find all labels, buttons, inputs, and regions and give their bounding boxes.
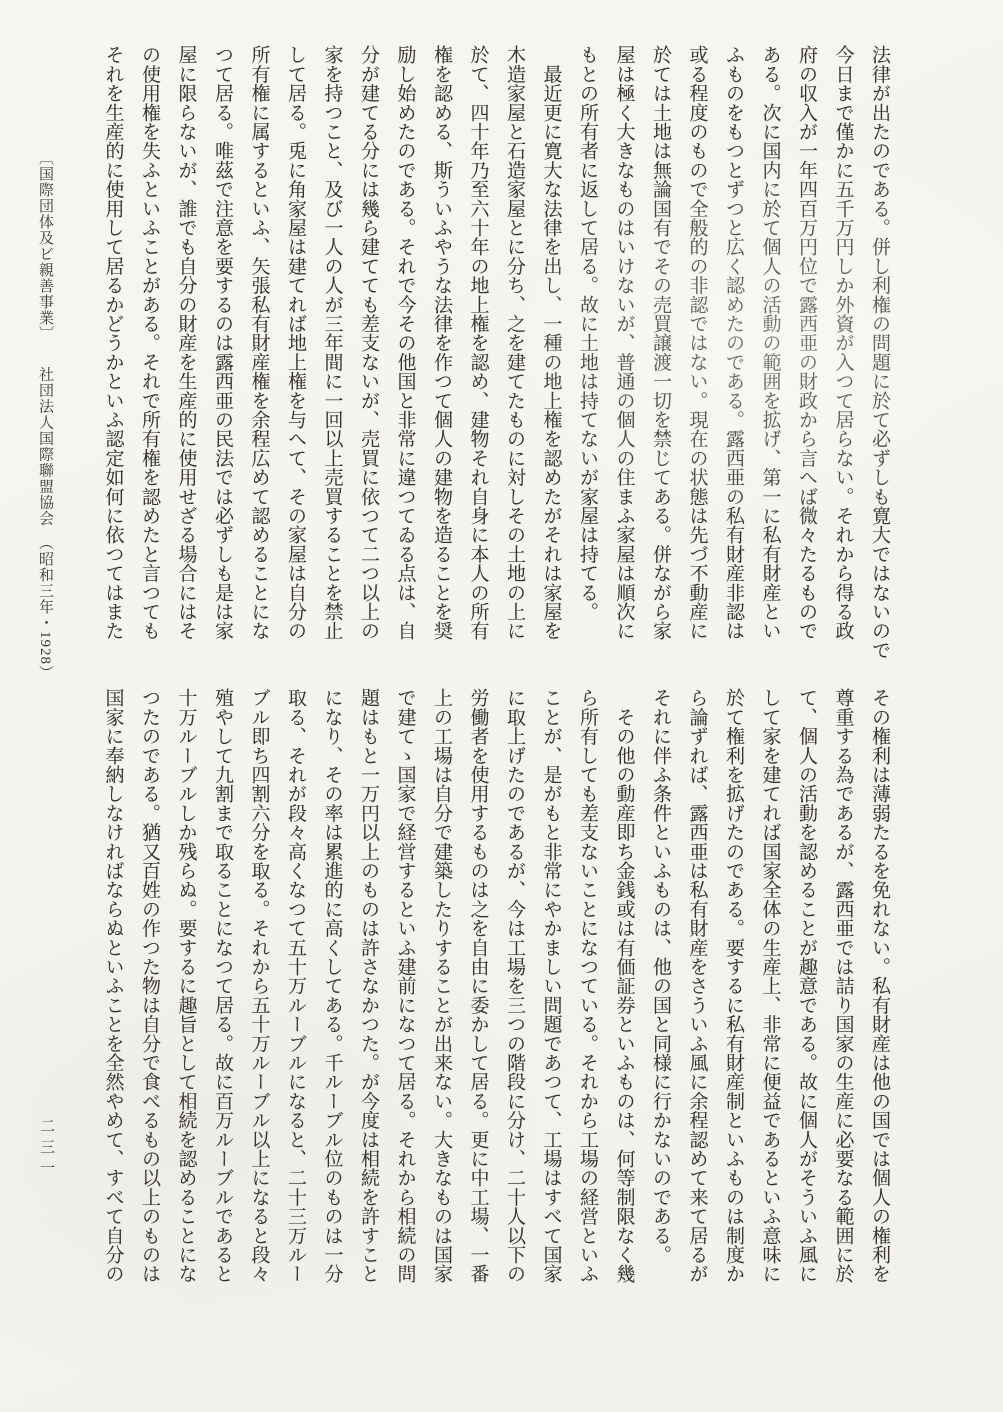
text-column: に取上げたのであるが、今は工場を三つの階段に分け、二十人以下の — [496, 688, 533, 1328]
text-column: 分が建てる分には幾ら建てても差支ないが、売買に依つて二つ以上の — [350, 45, 387, 685]
text-column: 法律が出たのである。併し利権の問題に於て必ずしも寛大ではないので — [861, 45, 898, 685]
text-column: で建てゝ国家で経営するといふ建前になつて居る。それから相続の問 — [386, 688, 423, 1328]
text-column: して家を建てれば国家全体の生産上、非常に便益であるといふ意味に — [751, 688, 788, 1328]
text-column: 上の工場は自分で建築したりすることが出来ない。大きなものは国家 — [423, 688, 460, 1328]
text-column: ある。次に国内に於て個人の活動の範囲を拡げ、第一に私有財産とい — [751, 45, 788, 685]
text-column: それに伴ふ条件といふものは、他の国と同様に行かないのである。 — [642, 688, 679, 1328]
text-column: 励し始めたのである。それで今その他国と非常に違つてゐる点は、自 — [386, 45, 423, 685]
text-column: もとの所有者に返して居る。故に土地は持てないが家屋は持てる。 — [569, 45, 606, 685]
running-header: 〔国際団体及ビ親善事業〕 社団法人国際聯盟協会 （昭和三年・1928） — [30, 150, 60, 681]
text-column: の使用権を失ふといふことがある。それで所有権を認めたと言つても — [131, 45, 168, 685]
document-page: 法律が出たのである。併し利権の問題に於て必ずしも寛大ではないので今日まで僅かに五… — [0, 0, 1003, 1412]
text-column: ら所有しても差支ないことになつている。それから工場の経営といふ — [569, 688, 606, 1328]
text-column: 題はもと一万円以上のものは許さなかつた。が今度は相続を許すこと — [350, 688, 387, 1328]
text-block-top: 法律が出たのである。併し利権の問題に於て必ずしも寛大ではないので今日まで僅かに五… — [94, 45, 897, 685]
text-column: 於ては土地は無論国有でその売買譲渡一切を禁じてある。併ながら家 — [642, 45, 679, 685]
text-block-bottom: その権利は薄弱たるを免れない。私有財産は他の国では個人の権利を尊重する為であるが… — [94, 688, 897, 1328]
text-column: 最近更に寛大な法律を出し、一種の地上権を認めたがそれは家屋を — [532, 45, 569, 685]
text-column: 或る程度のもので全般的の非認ではない。現在の状態は先づ不動産に — [678, 45, 715, 685]
text-column: 取る、それが段々高くなつて五十万ルーブルになると、二十三万ルー — [277, 688, 314, 1328]
text-column: 労働者を使用するものは之を自由に委かして居る。更に中工場、一番 — [459, 688, 496, 1328]
text-column: 於て、四十年乃至六十年の地上権を認め、建物それ自身に本人の所有 — [459, 45, 496, 685]
text-column: ブル即ち四割六分を取る。それから五十万ルーブル以上になると段々 — [240, 688, 277, 1328]
text-column: つたのである。猶又百姓の作つた物は自分で食べるもの以上のものは — [131, 688, 168, 1328]
text-column: 今日まで僅かに五千万円しか外資が入つて居らない。それから得る政 — [824, 45, 861, 685]
text-column: 屋は極く大きなものはいけないが、普通の個人の住まふ家屋は順次に — [605, 45, 642, 685]
text-column: して居る。兎に角家屋は建てれば地上権を与へて、その家屋は自分の — [277, 45, 314, 685]
text-column: 木造家屋と石造家屋とに分ち、之を建てたものに対しその土地の上に — [496, 45, 533, 685]
text-column: その他の動産即ち金銭或は有価証券といふものは、何等制限なく幾 — [605, 688, 642, 1328]
text-column: 於て権利を拡げたのである。要するに私有財産制といふものは制度か — [715, 688, 752, 1328]
text-column: 国家に奉納しなければならぬといふことを全然やめて、すべて自分の — [94, 688, 131, 1328]
text-column: 権を認める、斯ういふやうな法律を作つて個人の建物を造ることを奨 — [423, 45, 460, 685]
text-column: になり、その率は累進的に高くしてある。千ルーブル位のものは一分 — [313, 688, 350, 1328]
text-column: 殖やして九割まで取ることになつて居る。故に百万ルーブルであると — [204, 688, 241, 1328]
text-column: ふものをもつとずつと広く認めたのである。露西亜の私有財産非認は — [715, 45, 752, 685]
text-column: その権利は薄弱たるを免れない。私有財産は他の国では個人の権利を — [861, 688, 898, 1328]
text-column: ら論ずれば、露西亜は私有財産をさういふ風に余程認めて来て居るが — [678, 688, 715, 1328]
page-number: 二三一 — [36, 1118, 57, 1181]
text-column: ことが、是がもと非常にやかましい問題であつて、工場はすべて国家 — [532, 688, 569, 1328]
text-column: 屋に限らないが、誰でも自分の財産を生産的に使用せざる場合にはそ — [167, 45, 204, 685]
text-column: て、個人の活動を認めることが趣意である。故に個人がそういふ風に — [788, 688, 825, 1328]
text-column: つて居る。唯茲で注意を要するのは露西亜の民法では必ずしも是は家 — [204, 45, 241, 685]
text-column: それを生産的に使用して居るかどうかといふ認定如何に依つてはまた — [94, 45, 131, 685]
text-column: 所有権に属するといふ、矢張私有財産権を余程広めて認めることにな — [240, 45, 277, 685]
text-column: 家を持つこと、及び一人の人が三年間に一回以上売買することを禁止 — [313, 45, 350, 685]
text-column: 尊重する為であるが、露西亜では詰り国家の生産に必要なる範囲に於 — [824, 688, 861, 1328]
text-column: 府の収入が一年四百万円位で露西亜の財政から言へば微々たるもので — [788, 45, 825, 685]
text-column: 十万ルーブルしか残らぬ。要するに趣旨として相続を認めることにな — [167, 688, 204, 1328]
